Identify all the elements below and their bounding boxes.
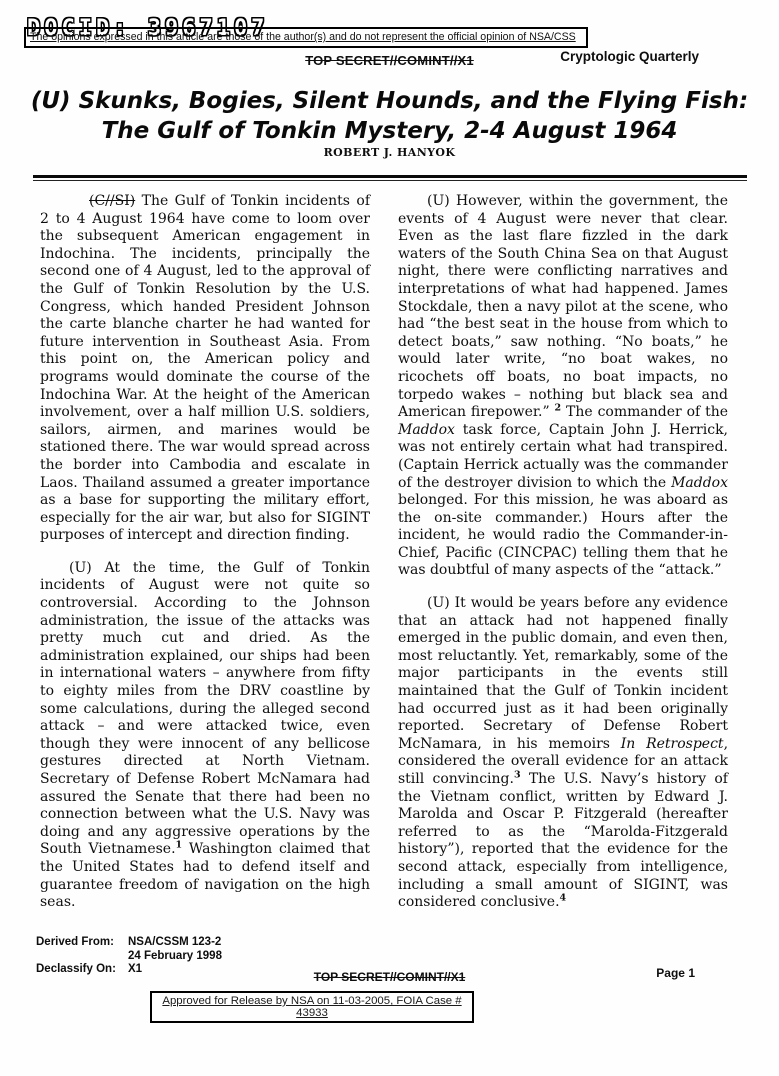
header-rule bbox=[33, 175, 747, 181]
left-column: (C//SI) The Gulf of Tonkin incidents of … bbox=[40, 193, 370, 912]
ship-name-maddox: Maddox bbox=[398, 422, 455, 438]
journal-name: Cryptologic Quarterly bbox=[560, 49, 699, 64]
classification-banner-bottom-text: TOP SECRET//COMINT//X1 bbox=[301, 970, 479, 984]
document-page: DOCID: 3967107 The opinions expressed in… bbox=[0, 0, 779, 1076]
paragraph-1-text: The Gulf of Tonkin incidents of 2 to 4 A… bbox=[40, 193, 370, 543]
article-title-line2: The Gulf of Tonkin Mystery, 2-4 August 1… bbox=[0, 116, 779, 146]
footnote-ref-3: 3 bbox=[514, 769, 521, 780]
footnote-ref-4: 4 bbox=[560, 893, 567, 904]
author-byline: ROBERT J. HANYOK bbox=[0, 146, 779, 159]
ship-name-maddox-2: Maddox bbox=[671, 475, 728, 491]
paragraph-3-text-cont3: belonged. For this mission, he was aboar… bbox=[398, 492, 728, 578]
derived-from-date: 24 February 1998 bbox=[128, 950, 222, 964]
paragraph-2: (U) At the time, the Gulf of Tonkin inci… bbox=[40, 560, 370, 912]
classification-marking-struck: (C//SI) bbox=[69, 193, 135, 209]
paragraph-3-text-cont: The commander of the bbox=[561, 404, 728, 420]
derived-from-value: NSA/CSSM 123-2 bbox=[128, 936, 222, 950]
paragraph-4: (U) It would be years before any evidenc… bbox=[398, 595, 728, 912]
book-title-in-retrospect: In Retrospect bbox=[621, 736, 724, 752]
disclaimer-box: The opinions expressed in this article a… bbox=[24, 27, 588, 48]
article-title: (U) Skunks, Bogies, Silent Hounds, and t… bbox=[0, 86, 779, 146]
right-column: (U) However, within the government, the … bbox=[398, 193, 728, 912]
paragraph-4-text: (U) It would be years before any evidenc… bbox=[398, 595, 728, 752]
article-title-line1: (U) Skunks, Bogies, Silent Hounds, and t… bbox=[0, 86, 779, 116]
paragraph-3-text: (U) However, within the government, the … bbox=[398, 193, 728, 420]
paragraph-2-text: (U) At the time, the Gulf of Tonkin inci… bbox=[40, 560, 370, 858]
paragraph-1: (C//SI) The Gulf of Tonkin incidents of … bbox=[40, 193, 370, 545]
article-body: (C//SI) The Gulf of Tonkin incidents of … bbox=[40, 193, 728, 912]
foia-release-stamp: Approved for Release by NSA on 11-03-200… bbox=[150, 991, 474, 1023]
page-number: Page 1 bbox=[656, 966, 695, 980]
paragraph-4-text-cont2: The U.S. Navy’s history of the Vietnam c… bbox=[398, 771, 728, 910]
derived-from-label: Derived From: bbox=[36, 936, 120, 950]
classification-banner-top-text: TOP SECRET//COMINT//X1 bbox=[294, 53, 485, 68]
derived-from-spacer bbox=[36, 950, 120, 964]
paragraph-3: (U) However, within the government, the … bbox=[398, 193, 728, 580]
